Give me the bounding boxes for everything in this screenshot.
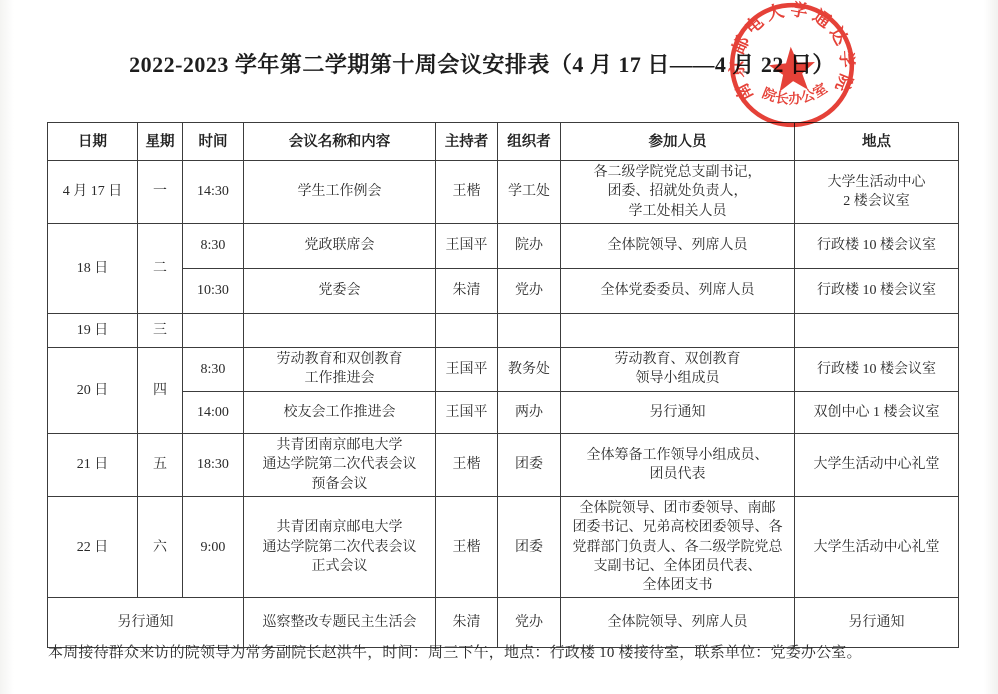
- cell-apr19-location: [795, 313, 959, 347]
- cell-apr18a-participants: 全体院领导、列席人员: [561, 223, 795, 268]
- cell-apr18b-meeting: 党委会: [244, 268, 436, 313]
- table-row-apr20-second: 14:00 校友会工作推进会 王国平 两办 另行通知 双创中心 1 楼会议室: [48, 391, 959, 433]
- seal-star-icon: [768, 45, 817, 92]
- cell-apr21-meeting: 共青团南京邮电大学 通达学院第二次代表会议 预备会议: [244, 433, 436, 496]
- cell-apr21-week: 五: [138, 433, 183, 496]
- seal-bottom-text: 院长办公室: [759, 79, 831, 109]
- table-row-apr21: 21 日 五 18:30 共青团南京邮电大学 通达学院第二次代表会议 预备会议 …: [48, 433, 959, 496]
- cell-apr21-time: 18:30: [183, 433, 244, 496]
- cell-apr20a-participants: 劳动教育、双创教育 领导小组成员: [561, 347, 795, 391]
- cell-apr20b-organizer: 两办: [498, 391, 561, 433]
- cell-apr22-location: 大学生活动中心礼堂: [795, 496, 959, 598]
- cell-apr17-host: 王楷: [436, 161, 498, 224]
- col-header-time: 时间: [183, 123, 244, 161]
- cell-apr20-week: 四: [138, 347, 183, 433]
- cell-apr18b-time: 10:30: [183, 268, 244, 313]
- meeting-schedule-table: 日期 星期 时间 会议名称和内容 主持者 组织者 参加人员 地点 4 月 17 …: [47, 122, 959, 648]
- cell-apr22-week: 六: [138, 496, 183, 598]
- cell-apr22-time: 9:00: [183, 496, 244, 598]
- cell-apr20b-participants: 另行通知: [561, 391, 795, 433]
- cell-apr17-date: 4 月 17 日: [48, 161, 138, 224]
- table-row-apr22: 22 日 六 9:00 共青团南京邮电大学 通达学院第二次代表会议 正式会议 王…: [48, 496, 959, 598]
- cell-apr20b-host: 王国平: [436, 391, 498, 433]
- table-row-apr20-first: 20 日 四 8:30 劳动教育和双创教育 工作推进会 王国平 教务处 劳动教育…: [48, 347, 959, 391]
- cell-apr21-participants: 全体筹备工作领导小组成员、 团员代表: [561, 433, 795, 496]
- cell-apr20a-meeting: 劳动教育和双创教育 工作推进会: [244, 347, 436, 391]
- cell-apr22-host: 王楷: [436, 496, 498, 598]
- cell-apr21-date: 21 日: [48, 433, 138, 496]
- cell-apr18a-time: 8:30: [183, 223, 244, 268]
- scanned-page: 2022-2023 学年第二学期第十周会议安排表（4 月 17 日——4 月 2…: [0, 0, 998, 694]
- cell-apr20a-time: 8:30: [183, 347, 244, 391]
- cell-apr20b-location: 双创中心 1 楼会议室: [795, 391, 959, 433]
- svg-text:院长办公室: 院长办公室: [759, 79, 831, 109]
- reception-note: 本周接待群众来访的院领导为常务副院长赵洪牛，时间：周三下午，地点：行政楼 10 …: [48, 641, 968, 662]
- cell-apr19-organizer: [498, 313, 561, 347]
- cell-apr18b-host: 朱清: [436, 268, 498, 313]
- cell-apr17-time: 14:30: [183, 161, 244, 224]
- table-row-apr17: 4 月 17 日 一 14:30 学生工作例会 王楷 学工处 各二级学院党总支副…: [48, 161, 959, 224]
- table-row-apr18-second: 10:30 党委会 朱清 党办 全体党委委员、列席人员 行政楼 10 楼会议室: [48, 268, 959, 313]
- col-header-date: 日期: [48, 123, 138, 161]
- cell-apr20b-time: 14:00: [183, 391, 244, 433]
- cell-apr17-participants: 各二级学院党总支副书记， 团委、招就处负责人， 学工处相关人员: [561, 161, 795, 224]
- cell-apr18b-organizer: 党办: [498, 268, 561, 313]
- cell-apr19-week: 三: [138, 313, 183, 347]
- cell-apr19-participants: [561, 313, 795, 347]
- cell-apr18b-participants: 全体党委委员、列席人员: [561, 268, 795, 313]
- cell-apr21-host: 王楷: [436, 433, 498, 496]
- cell-apr20a-organizer: 教务处: [498, 347, 561, 391]
- cell-apr21-organizer: 团委: [498, 433, 561, 496]
- cell-apr18-week: 二: [138, 223, 183, 313]
- cell-apr18a-organizer: 院办: [498, 223, 561, 268]
- cell-apr20b-meeting: 校友会工作推进会: [244, 391, 436, 433]
- cell-apr18b-location: 行政楼 10 楼会议室: [795, 268, 959, 313]
- cell-apr19-time: [183, 313, 244, 347]
- cell-apr17-week: 一: [138, 161, 183, 224]
- cell-apr18a-host: 王国平: [436, 223, 498, 268]
- cell-apr18a-location: 行政楼 10 楼会议室: [795, 223, 959, 268]
- cell-apr22-date: 22 日: [48, 496, 138, 598]
- cell-apr22-organizer: 团委: [498, 496, 561, 598]
- col-header-host: 主持者: [436, 123, 498, 161]
- official-seal: 南京邮电大学通达学院 院长办公室: [716, 0, 868, 141]
- table-row-apr19: 19 日 三: [48, 313, 959, 347]
- col-header-weekday: 星期: [138, 123, 183, 161]
- cell-apr17-organizer: 学工处: [498, 161, 561, 224]
- cell-apr22-meeting: 共青团南京邮电大学 通达学院第二次代表会议 正式会议: [244, 496, 436, 598]
- cell-apr20a-host: 王国平: [436, 347, 498, 391]
- cell-apr18-date: 18 日: [48, 223, 138, 313]
- cell-apr17-meeting: 学生工作例会: [244, 161, 436, 224]
- cell-apr19-host: [436, 313, 498, 347]
- cell-apr19-date: 19 日: [48, 313, 138, 347]
- cell-apr20a-location: 行政楼 10 楼会议室: [795, 347, 959, 391]
- cell-apr22-participants: 全体院领导、团市委领导、南邮 团委书记、兄弟高校团委领导、各 党群部门负责人、各…: [561, 496, 795, 598]
- cell-apr21-location: 大学生活动中心礼堂: [795, 433, 959, 496]
- col-header-organizer: 组织者: [498, 123, 561, 161]
- table-row-apr18-first: 18 日 二 8:30 党政联席会 王国平 院办 全体院领导、列席人员 行政楼 …: [48, 223, 959, 268]
- cell-apr20-date: 20 日: [48, 347, 138, 433]
- col-header-meeting: 会议名称和内容: [244, 123, 436, 161]
- cell-apr19-meeting: [244, 313, 436, 347]
- cell-apr18a-meeting: 党政联席会: [244, 223, 436, 268]
- cell-apr17-location: 大学生活动中心 2 楼会议室: [795, 161, 959, 224]
